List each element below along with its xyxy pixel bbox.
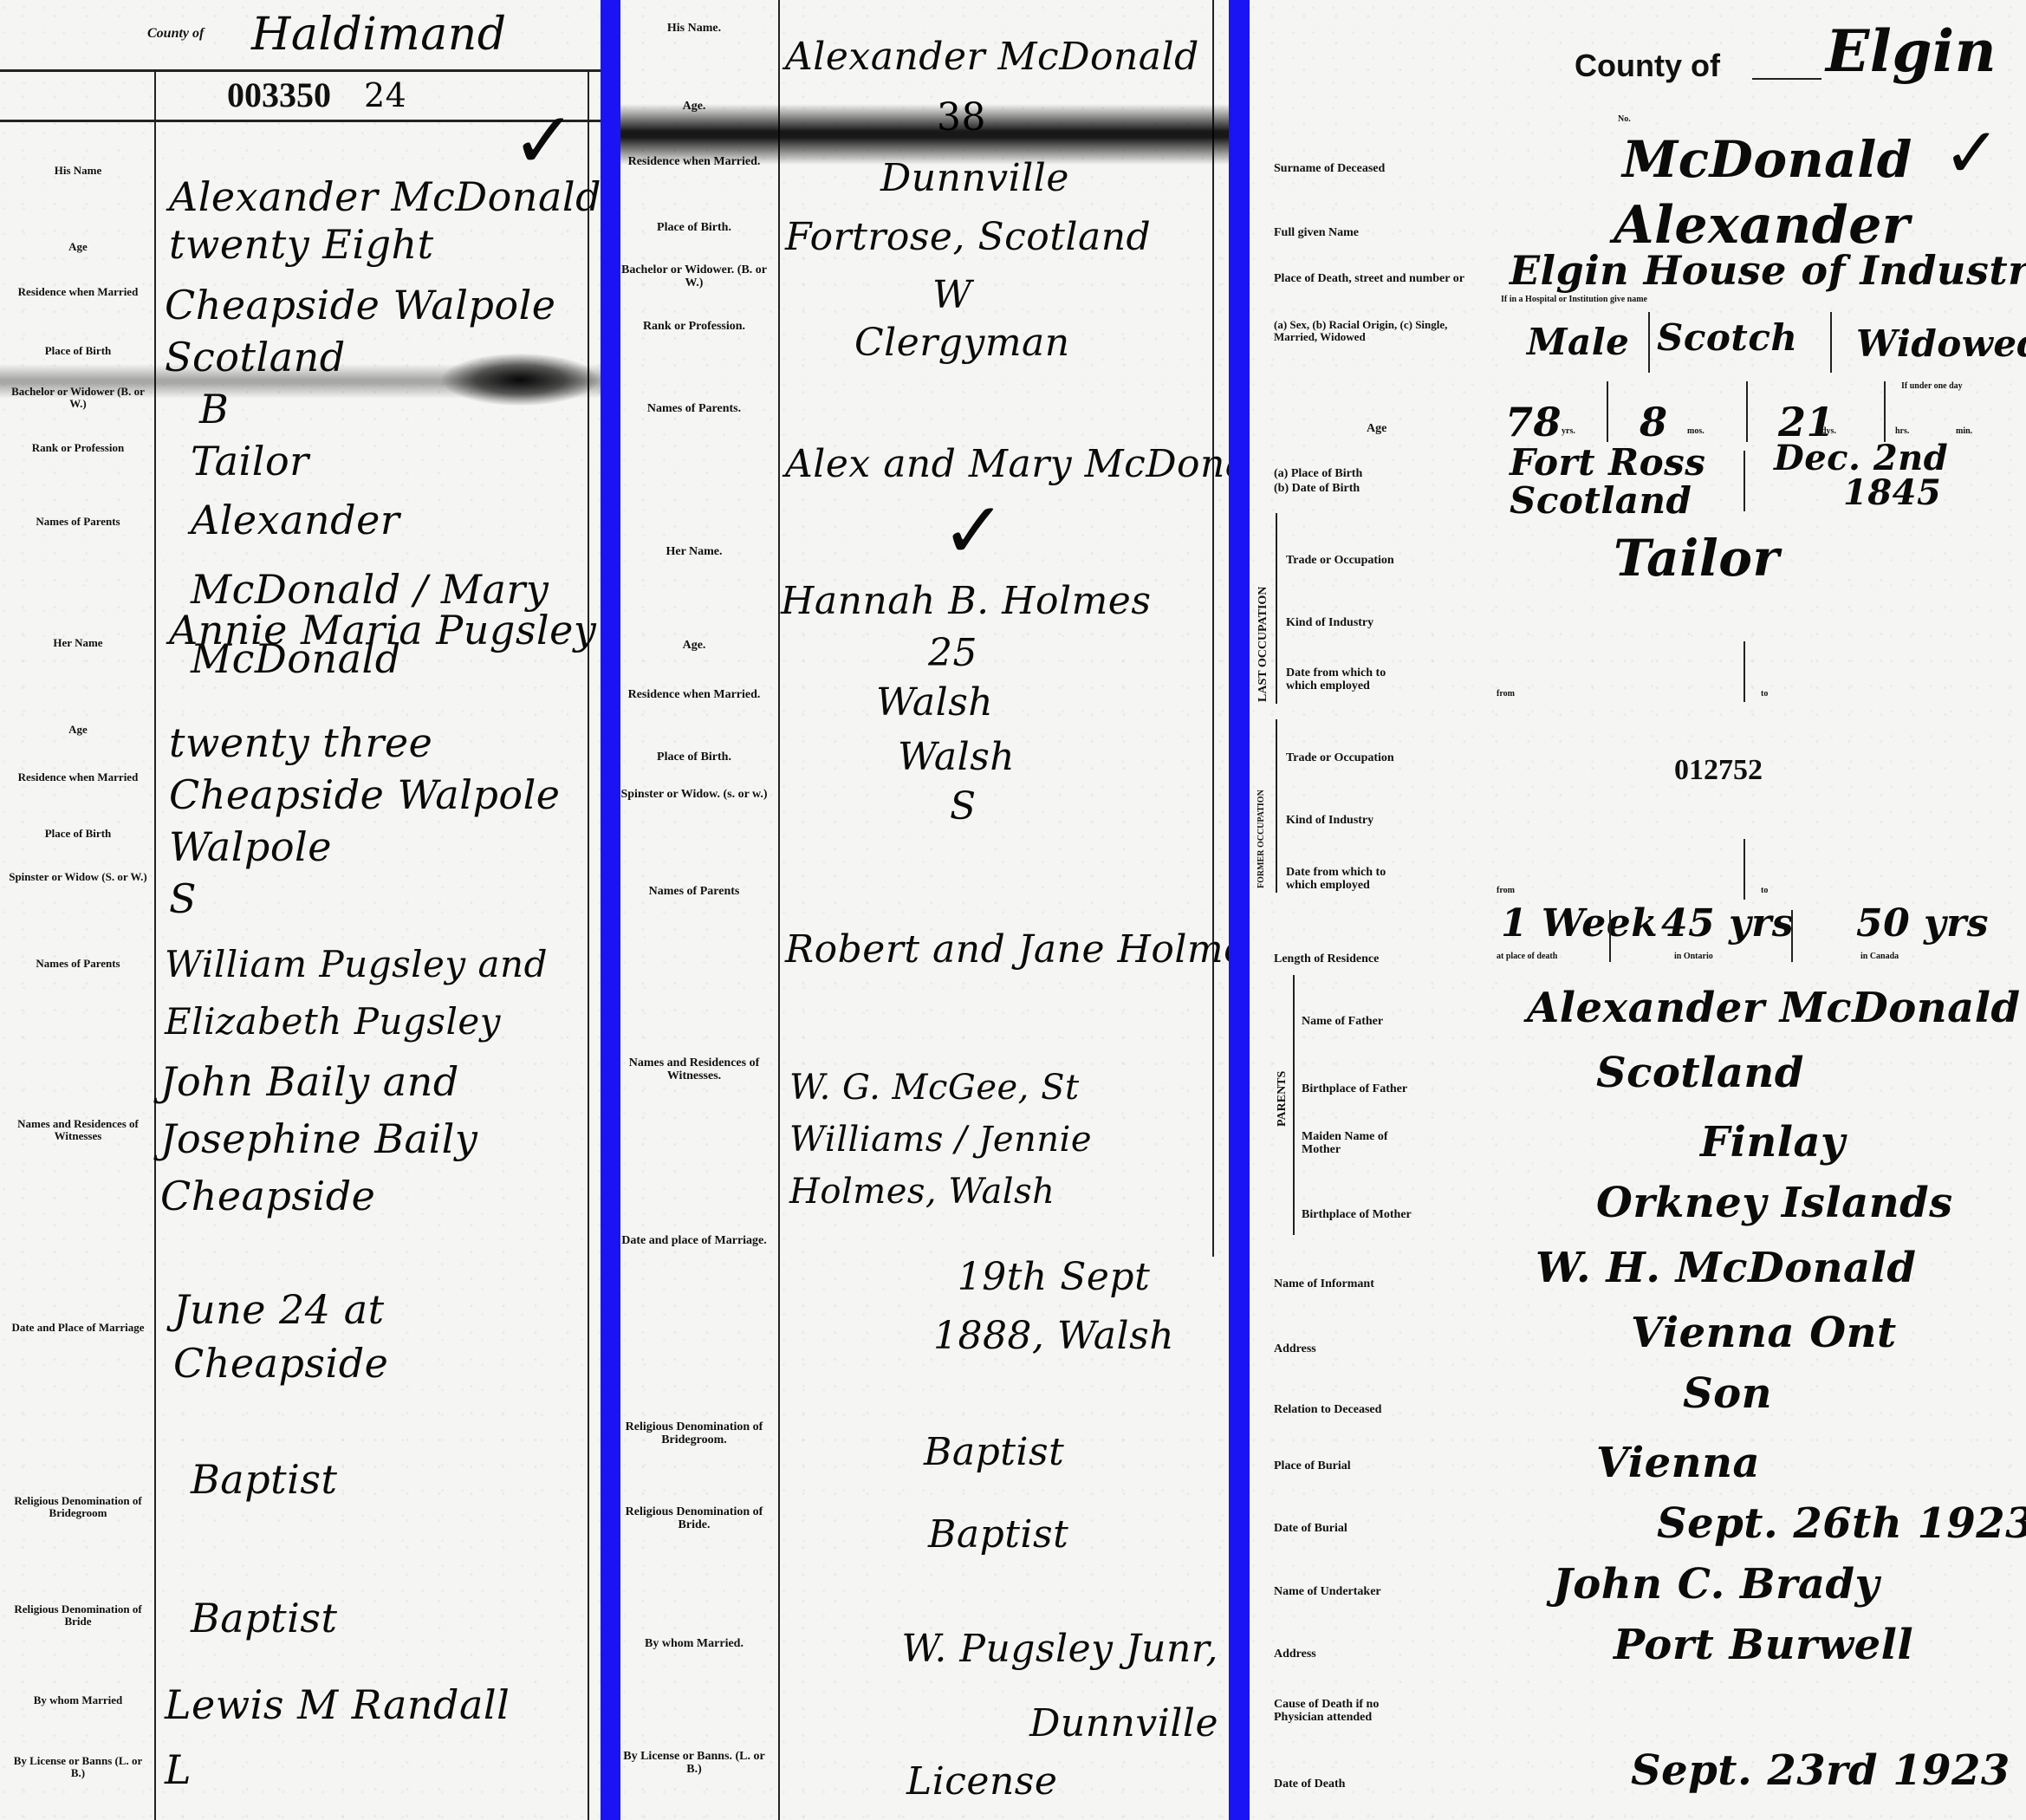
value-religion-groom: Baptist (924, 1430, 1064, 1474)
column-divider (154, 69, 156, 1820)
under-day-note: If under one day (1901, 381, 1963, 391)
column-divider (588, 69, 589, 1820)
scan-smudge (442, 354, 598, 406)
value-undertaker: John C. Brady (1553, 1560, 1880, 1609)
value-death-date: Sept. 23rd 1923 (1631, 1746, 2010, 1795)
value-informant: W. H. McDonald (1536, 1244, 1916, 1292)
label-age: Age (9, 241, 147, 253)
value-mother: Finlay (1700, 1118, 1845, 1167)
label-her-residence: Residence when Married. (620, 689, 768, 702)
value-witnesses: John Baily and Josephine Baily Cheapside (160, 1053, 524, 1225)
value-her-birthplace: Walpole (169, 823, 332, 870)
value-mother-birthplace: Orkney Islands (1596, 1179, 1953, 1227)
label-her-parents: Names of Parents (620, 886, 768, 899)
value-her-parents: Robert and Jane Holmes (785, 927, 1229, 972)
note-at-place-of-death: at place of death (1497, 952, 1557, 961)
field-divider (1830, 312, 1832, 373)
label-surname: Surname of Deceased (1274, 163, 1385, 176)
section-bracket (1276, 719, 1277, 893)
value-her-name: Annie Maria Pugsley (169, 607, 596, 653)
label-witnesses: Names and Residences of Witnesses. (620, 1057, 768, 1082)
value-profession: Tailor (191, 438, 309, 484)
field-divider (1744, 451, 1745, 511)
field-divider (1884, 381, 1886, 442)
label-date-place: Date and place of Marriage. (620, 1235, 768, 1248)
label-mother-birthplace: Birthplace of Mother (1302, 1209, 1412, 1222)
county-name: Haldimand (251, 9, 507, 61)
rule (1752, 78, 1821, 80)
label-religion-bride: Religious Denomination of Bride. (620, 1506, 768, 1531)
checkmark-icon: ✓ (941, 485, 1006, 576)
label-spinster: Spinster or Widow. (s. or w.) (620, 789, 768, 802)
value-burial-date: Sept. 26th 1923 (1657, 1499, 2026, 1548)
value-father: Alexander McDonald (1527, 984, 2021, 1032)
value-her-parents: William Pugsley and Elizabeth Pugsley (165, 936, 581, 1050)
label-residence: Residence when Married (9, 286, 147, 298)
value-religion-groom: Baptist (191, 1456, 337, 1503)
from-label: from (1497, 886, 1515, 895)
label-place-of-death: Place of Death, street and number or (1274, 273, 1490, 286)
value-bachelor: B (199, 386, 229, 432)
note-in-ontario: in Ontario (1674, 952, 1713, 961)
value-origin: Scotch (1657, 316, 1797, 359)
registration-number: 003350 (227, 75, 331, 115)
label-her-age: Age. (620, 640, 768, 653)
value-birthplace: Fortrose, Scotland (785, 215, 1151, 259)
label-residence: Residence when Married. (620, 156, 768, 169)
section-bracket (1276, 513, 1277, 704)
value-birth-place: Fort Ross Scotland (1510, 444, 1744, 520)
value-her-age: 25 (928, 631, 977, 675)
value-trade: Tailor (1614, 529, 1780, 588)
label-father-birthplace: Birthplace of Father (1302, 1083, 1407, 1096)
label-his-name: His Name. (620, 23, 768, 36)
section-parents: PARENTS (1276, 1071, 1289, 1127)
value-residence-ontario: 45 yrs (1661, 901, 1794, 946)
value-birth-date-year: 1845 (1843, 472, 1941, 513)
value-religion-bride: Baptist (928, 1512, 1068, 1557)
panel-divider (1229, 0, 1250, 1820)
note-in-canada: in Canada (1860, 952, 1899, 961)
label-former-employed: Date from which to which employed (1286, 867, 1416, 892)
value-her-residence: Walsh (876, 680, 993, 725)
label-witnesses: Names and Residences of Witnesses (9, 1118, 147, 1141)
label-former-trade: Trade or Occupation (1286, 752, 1394, 765)
value-residence-place: 1 Week (1501, 901, 1658, 946)
value-her-name: Hannah B. Holmes (781, 579, 1151, 623)
place-note: If in a Hospital or Institution give nam… (1501, 295, 1647, 304)
label-father: Name of Father (1302, 1016, 1383, 1029)
value-place-of-death: Elgin House of Industry (1510, 247, 2026, 294)
label-married-by: By whom Married. (620, 1638, 768, 1651)
label-her-residence: Residence when Married (9, 771, 147, 783)
checkmark-icon: ✓ (1943, 113, 2001, 193)
value-spinster: S (950, 784, 977, 829)
label-parents: Names of Parents. (620, 403, 768, 416)
label-license: By License or Banns. (L. or B.) (620, 1751, 768, 1776)
label-her-birthplace: Place of Birth (9, 828, 147, 840)
label-birth-date: (b) Date of Birth (1274, 483, 1360, 496)
value-her-residence: Cheapside Walpole (169, 771, 561, 818)
unit-years: yrs. (1562, 426, 1575, 436)
label-address: Address (1274, 1343, 1316, 1356)
field-divider (1791, 910, 1793, 962)
value-profession: Clergyman (854, 321, 1070, 365)
county-label: County of (1575, 48, 1720, 84)
section-last-occupation: LAST OCCUPATION (1257, 587, 1270, 702)
unit-minutes: min. (1956, 426, 1972, 436)
stamp-number: 012752 (1674, 754, 1763, 787)
value-spinster: S (169, 875, 197, 922)
unit-months: mos. (1687, 426, 1705, 436)
value-age: twenty Eight (169, 221, 434, 268)
to-label: to (1761, 689, 1768, 699)
label-birthplace: Place of Birth (9, 345, 147, 357)
value-parents: Alex and Mary McDonald (785, 442, 1229, 486)
label-informant: Name of Informant (1274, 1278, 1374, 1291)
county-label: County of (147, 26, 204, 42)
label-given-name: Full given Name (1274, 227, 1359, 240)
label-bachelor: Bachelor or Widower. (B. or W.) (620, 264, 768, 289)
label-industry: Kind of Industry (1286, 617, 1373, 630)
value-residence: Dunnville (880, 156, 1069, 200)
label-religion-groom: Religious Denomination of Bridegroom (9, 1495, 147, 1518)
value-parents: Alexander McDonald / Mary McDonald (191, 485, 589, 693)
value-age: 38 (937, 95, 986, 140)
value-married-by: Lewis M Randall (165, 1681, 510, 1728)
label-undertaker: Name of Undertaker (1274, 1586, 1381, 1599)
unit-days: dys. (1821, 426, 1836, 436)
label-former-industry: Kind of Industry (1286, 815, 1373, 828)
field-divider (1746, 381, 1748, 442)
value-her-birthplace: Walsh (898, 735, 1015, 779)
value-relation: Son (1683, 1369, 1772, 1418)
label-her-birthplace: Place of Birth. (620, 751, 768, 764)
value-age-months: 8 (1640, 399, 1668, 445)
label-trade: Trade or Occupation (1286, 555, 1394, 568)
label-profession: Rank or Profession (9, 442, 147, 454)
label-birthplace: Place of Birth. (620, 222, 768, 235)
value-date-place: 19th Sept 1888, Walsh (906, 1248, 1201, 1366)
label-date-place: Date and Place of Marriage (9, 1322, 147, 1334)
value-religion-bride: Baptist (191, 1595, 337, 1641)
label-her-name: Her Name (9, 637, 147, 649)
field-divider (1607, 381, 1608, 442)
county-name: Elgin (1826, 17, 1997, 85)
to-label: to (1761, 886, 1768, 895)
label-profession: Rank or Profession. (620, 321, 768, 334)
label-religion-bride: Religious Denomination of Bride (9, 1603, 147, 1627)
field-divider (1744, 839, 1745, 900)
value-bachelor: W (932, 273, 972, 317)
value-sex: Male (1527, 321, 1629, 363)
label-burial-date: Date of Burial (1274, 1523, 1347, 1536)
value-her-age: twenty three (169, 719, 432, 766)
marriage-record-haldimand: County of Haldimand 003350 24 ✓ His Name… (0, 0, 601, 1820)
label-his-name: His Name (9, 165, 147, 177)
value-married-by: W. Pugsley Junr, Dunnville (820, 1612, 1218, 1761)
label-parents: Names of Parents (9, 516, 147, 528)
rule (0, 69, 601, 72)
section-former-occupation: FORMER OCCUPATION (1257, 790, 1266, 888)
value-age-years: 78 (1505, 399, 1562, 445)
value-surname: McDonald (1622, 130, 1912, 189)
value-undertaker-address: Port Burwell (1614, 1621, 1913, 1669)
label-undertaker-address: Address (1274, 1648, 1316, 1661)
column-divider (778, 0, 780, 1820)
unit-hours: hrs. (1895, 426, 1909, 436)
label-burial-place: Place of Burial (1274, 1460, 1351, 1473)
label-relation: Relation to Deceased (1274, 1404, 1381, 1417)
label-license: By License or Banns (L. or B.) (9, 1755, 147, 1778)
label-bachelor: Bachelor or Widower (B. or W.) (9, 386, 147, 409)
label-cause-of-death: Cause of Death if no Physician attended (1274, 1699, 1412, 1724)
label-sex-origin-status: (a) Sex, (b) Racial Origin, (c) Single, … (1274, 319, 1490, 342)
label-employed: Date from which to which employed (1286, 667, 1416, 692)
from-label: from (1497, 689, 1515, 699)
label-her-parents: Names of Parents (9, 958, 147, 970)
marriage-record-walsh: His Name. Alexander McDonald Age. 38 Res… (620, 0, 1229, 1820)
value-address: Vienna Ont (1631, 1309, 1897, 1357)
value-witnesses: W. G. McGee, St Williams / Jennie Holmes… (789, 1062, 1214, 1218)
field-divider (1744, 641, 1745, 702)
entry-number: 24 (364, 76, 406, 114)
value-residence-canada: 50 yrs (1856, 901, 1989, 946)
panel-divider (601, 0, 620, 1820)
label-her-age: Age (9, 724, 147, 736)
label-death-date: Date of Death (1274, 1778, 1345, 1791)
label-mother: Maiden Name of Mother (1302, 1131, 1406, 1156)
field-divider (1648, 312, 1650, 373)
value-father-birthplace: Scotland (1596, 1049, 1804, 1097)
value-marital: Widowed (1856, 322, 2026, 365)
label-spinster: Spinster or Widow (S. or W.) (9, 871, 147, 883)
label-religion-groom: Religious Denomination of Bridegroom. (620, 1421, 768, 1446)
section-bracket (1293, 975, 1295, 1235)
label-married-by: By whom Married (9, 1694, 147, 1706)
value-residence: Cheapside Walpole (165, 282, 556, 328)
value-his-name: Alexander McDonald (785, 35, 1199, 79)
value-his-name: Alexander McDonald (169, 173, 601, 220)
value-burial-place: Vienna (1596, 1439, 1760, 1487)
value-date-place: June 24 at Cheapside (173, 1283, 433, 1390)
label-her-name: Her Name. (620, 546, 768, 559)
value-license: License (906, 1759, 1057, 1804)
label-age: Age (1367, 423, 1386, 436)
field-divider (1609, 910, 1611, 962)
label-residence-length: Length of Residence (1274, 953, 1379, 966)
death-record-elgin: County of Elgin No. Surname of Deceased … (1250, 0, 2026, 1820)
number-label: No. (1618, 114, 1631, 124)
value-license: L (165, 1746, 192, 1793)
label-birth-place: (a) Place of Birth (1274, 468, 1362, 481)
